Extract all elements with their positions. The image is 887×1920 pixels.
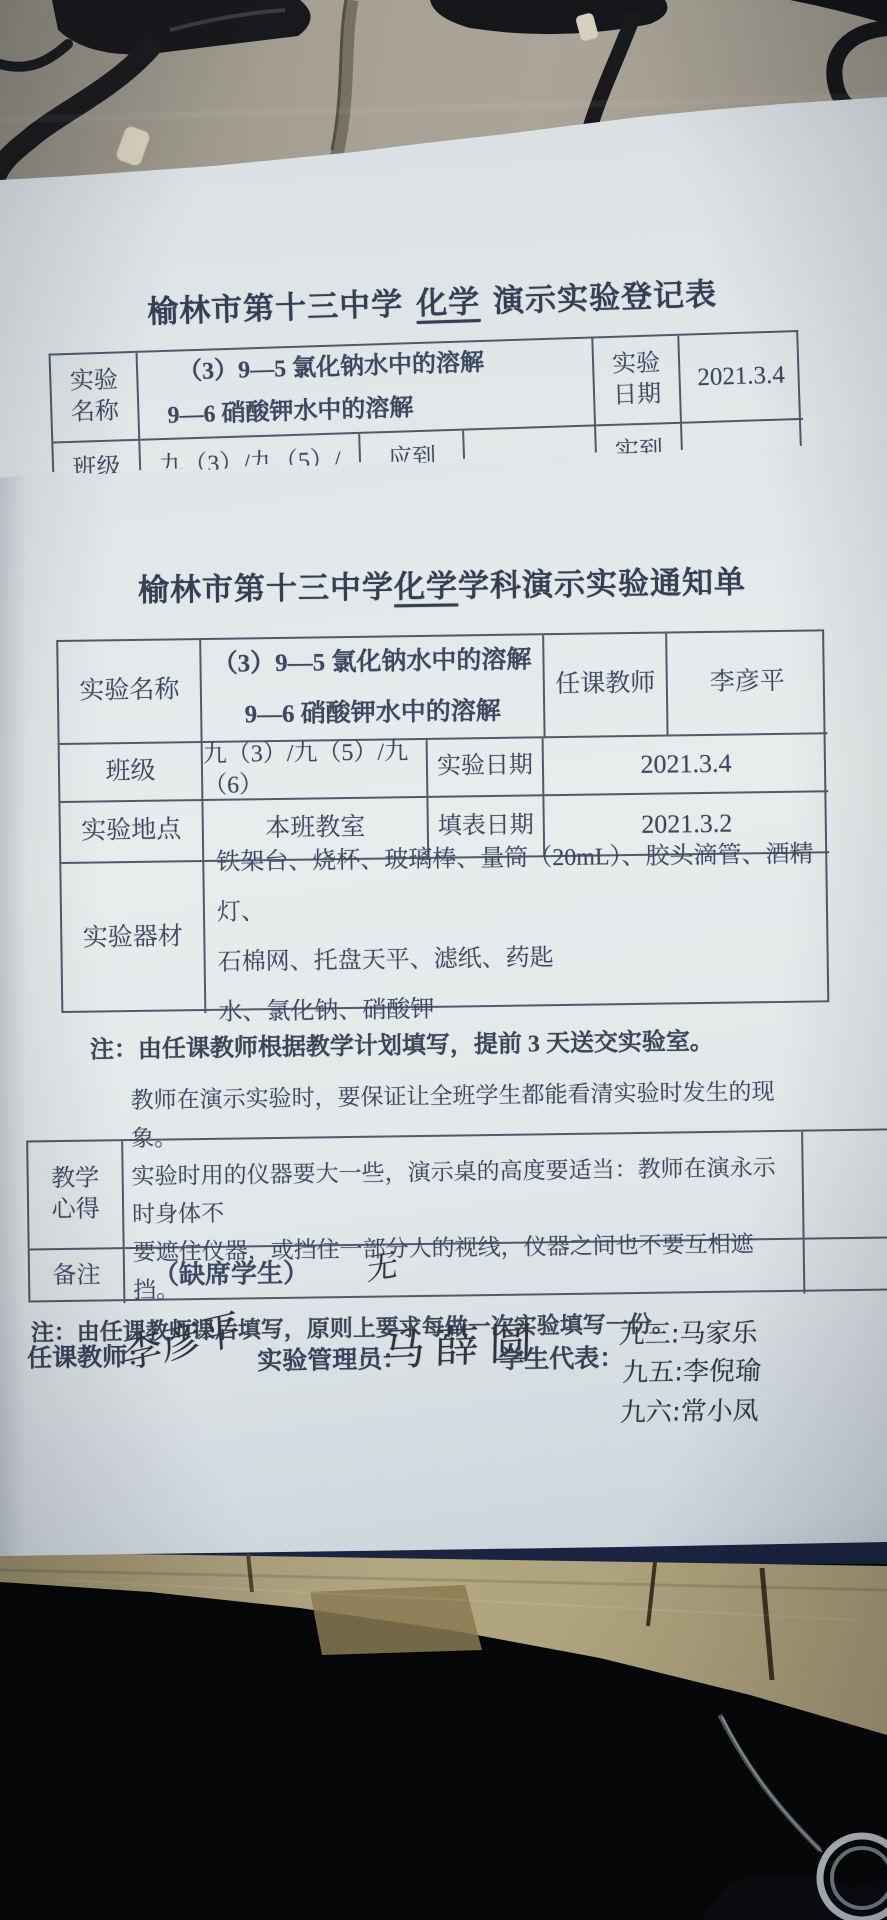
experiment-line-1: （3）9—5 氯化钠水中的溶解 [212, 644, 531, 681]
doc2-feedback-table: 教学 心得 教师在演示实验时，要保证让全班学生都能看清实验时发生的现象。 实验时… [26, 1128, 887, 1303]
teacher-name-text: 李彦平 [710, 666, 785, 700]
doc1-cell-exp-date-value: 2021.3.4 [679, 332, 803, 424]
student-rep-9-6: 九六:常小凤 [619, 1390, 759, 1429]
cell-feedback-text: 教师在演示实验时，要保证让全班学生都能看清实验时发生的现象。 实验时用的仪器要大… [123, 1132, 804, 1249]
student-reps-label: 学生代表： [499, 1338, 625, 1376]
doc2-note: 注：由任课教师根据教学计划填写，提前 3 天送交实验室。 [90, 1021, 714, 1065]
label-text: 实验 [69, 365, 118, 398]
photo-scene: 榆林市第十三中学化学演示实验登记表 实验 名称 （3）9—5 氯化钠水中的溶解 … [0, 0, 887, 1920]
doc1-title: 榆林市第十三中学化学演示实验登记表 [146, 269, 717, 332]
cell-equipment-value: 铁架台、烧杯、玻璃棒、量筒（20mL）、胶头滴管、酒精灯、 石棉网、托盘天平、滤… [204, 853, 831, 1013]
label-text: 备注 [52, 1261, 100, 1293]
doc2-title-subject: 化学 [394, 568, 458, 604]
cell-remark-value: （缺席学生） 无 [125, 1240, 806, 1303]
label-text: 日期 [613, 379, 662, 412]
doc2-title: 榆林市第十三中学化学学科演示实验通知单 [0, 554, 886, 611]
label-text: 实验名称 [79, 675, 179, 709]
label-text: 班级 [105, 755, 155, 788]
label-text: 实验地点 [81, 815, 181, 849]
equipment-line-1: 铁架台、烧杯、玻璃棒、量筒（20mL）、胶头滴管、酒精灯、 [216, 829, 830, 938]
cell-class-label: 班级 [60, 743, 204, 803]
cell-teacher-label: 任课教师 [544, 634, 668, 739]
cell-exp-date-label: 实验日期 [428, 738, 545, 798]
feedback-line-2: 实验时用的仪器要大一些，演示桌的高度要适当：教师在演永示时身体不 [131, 1149, 796, 1234]
cell-feedback-extra [803, 1130, 887, 1240]
doc1-title-prefix: 榆林市第十三中学 [147, 286, 404, 329]
experiment-line-2: 9—6 硝酸钾水中的溶解 [139, 393, 414, 433]
date-text: 2021.3.4 [697, 359, 785, 394]
cell-equipment-label: 实验器材 [61, 862, 206, 1015]
experiment-line-1: （3）9—5 氯化钠水中的溶解 [138, 348, 485, 390]
cell-remark-extra [805, 1238, 887, 1294]
doc2-title-suffix: 学科演示实验通知单 [458, 564, 746, 603]
cell-class-value: 九（3）/九（5）/九（6） [203, 740, 429, 801]
label-text: 实验日期 [437, 751, 533, 784]
cell-remark-label: 备注 [30, 1249, 126, 1304]
floor-area [0, 1530, 887, 1920]
student-rep-9-5: 九五:李倪瑜 [622, 1350, 762, 1389]
doc2-title-prefix: 榆林市第十三中学 [138, 569, 394, 608]
class-list-text: 九（3）/九（5）/九（6） [203, 737, 427, 802]
metal-wire [720, 1715, 820, 1850]
cell-exp-name-value: （3）9—5 氯化钠水中的溶解 9—6 硝酸钾水中的溶解 [201, 635, 545, 743]
doc1-cell-exp-name-label: 实验 名称 [51, 353, 141, 444]
label-text: 任课教师 [555, 668, 655, 702]
paper-chip-left [115, 125, 152, 168]
cell-teacher-value: 李彦平 [667, 631, 827, 736]
equipment-line-2: 石棉网、托盘天平、滤纸、药匙 [217, 933, 554, 988]
handwritten-none-mark: 无 [367, 1245, 398, 1291]
label-text: 教学 [51, 1163, 99, 1195]
cell-location-label: 实验地点 [60, 801, 204, 864]
student-rep-9-3: 九三:马家乐 [618, 1312, 758, 1351]
dark-object [700, 1875, 887, 1920]
absent-students-text: （缺席学生） [153, 1257, 309, 1293]
metal-wire-highlight [722, 1717, 822, 1852]
floor-illustration [0, 1530, 887, 1920]
label-text: 名称 [70, 396, 119, 429]
cell-exp-date-value: 2021.3.4 [544, 734, 829, 796]
cardboard-patch [310, 1585, 482, 1655]
doc1-cell-exp-date-label: 实验 日期 [593, 336, 682, 427]
date-text: 2021.3.4 [640, 747, 731, 782]
label-text: 实验 [612, 348, 661, 381]
corner-cable-mass [790, 0, 887, 24]
doc1-title-suffix: 演示实验登记表 [493, 277, 718, 319]
cable-left-thin [0, 44, 68, 67]
doc1-title-subject: 化学 [416, 284, 481, 321]
doc1-cell-exp-name-value: （3）9—5 氯化钠水中的溶解 9—6 硝酸钾水中的溶解 [138, 338, 597, 440]
label-text: 实验器材 [83, 922, 183, 956]
experiment-line-2: 9—6 硝酸钾水中的溶解 [244, 695, 501, 731]
cell-exp-name-label: 实验名称 [58, 640, 202, 745]
feedback-line-1: 教师在演示实验时，要保证让全班学生都能看清实验时发生的现象。 [130, 1073, 795, 1158]
doc2-main-table: 实验名称 （3）9—5 氯化钠水中的溶解 9—6 硝酸钾水中的溶解 任课教师 李… [56, 629, 829, 1013]
cell-feedback-label: 教学 心得 [28, 1141, 124, 1250]
label-text: 心得 [51, 1194, 99, 1226]
